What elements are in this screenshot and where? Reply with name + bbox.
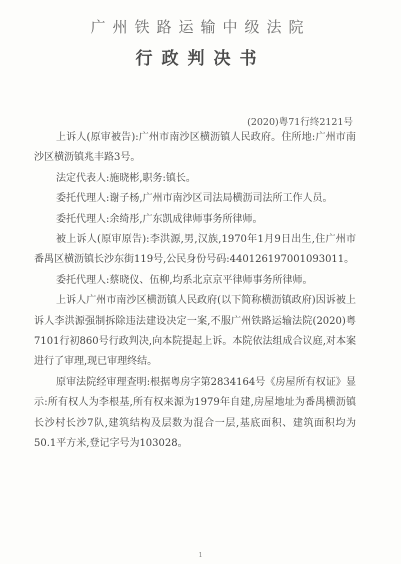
document-page: 广州铁路运输中级法院 行政判决书 (2020)粤71行终2121号 上诉人(原审… [0,0,401,564]
court-name: 广州铁路运输中级法院 [0,16,401,37]
paragraph-appellee: 被上诉人(原审原告):李洪源,男,汉族,1970年1月9日出生,住广州市番禺区横… [34,230,356,271]
page-number: 1 [0,552,401,559]
paragraph-appellee-agents: 委托代理人:蔡晓仪、伍柳,均系北京京平律师事务所律师。 [34,271,356,291]
document-title: 行政判决书 [0,44,401,69]
paragraph-legal-representative: 法定代表人:施晓彬,职务:镇长。 [34,169,356,189]
paragraph-agent-1: 委托代理人:谢子杨,广州市南沙区司法局横沥司法所工作人员。 [34,189,356,209]
paragraph-appellant: 上诉人(原审被告):广州市南沙区横沥镇人民政府。住所地:广州市南沙区横沥镇兆丰路… [34,128,356,169]
paragraph-findings: 原审法院经审理查明:根据粤房字第2834164号《房屋所有权证》显示:所有权人为… [34,373,356,455]
document-body: 上诉人(原审被告):广州市南沙区横沥镇人民政府。住所地:广州市南沙区横沥镇兆丰路… [34,128,356,455]
case-number: (2020)粤71行终2121号 [247,114,353,128]
paragraph-case-summary: 上诉人广州市南沙区横沥镇人民政府(以下简称横沥镇政府)因诉被上诉人李洪源强制拆除… [34,291,356,373]
paragraph-agent-2: 委托代理人:余绮彤,广东凯成律师事务所律师。 [34,210,356,230]
